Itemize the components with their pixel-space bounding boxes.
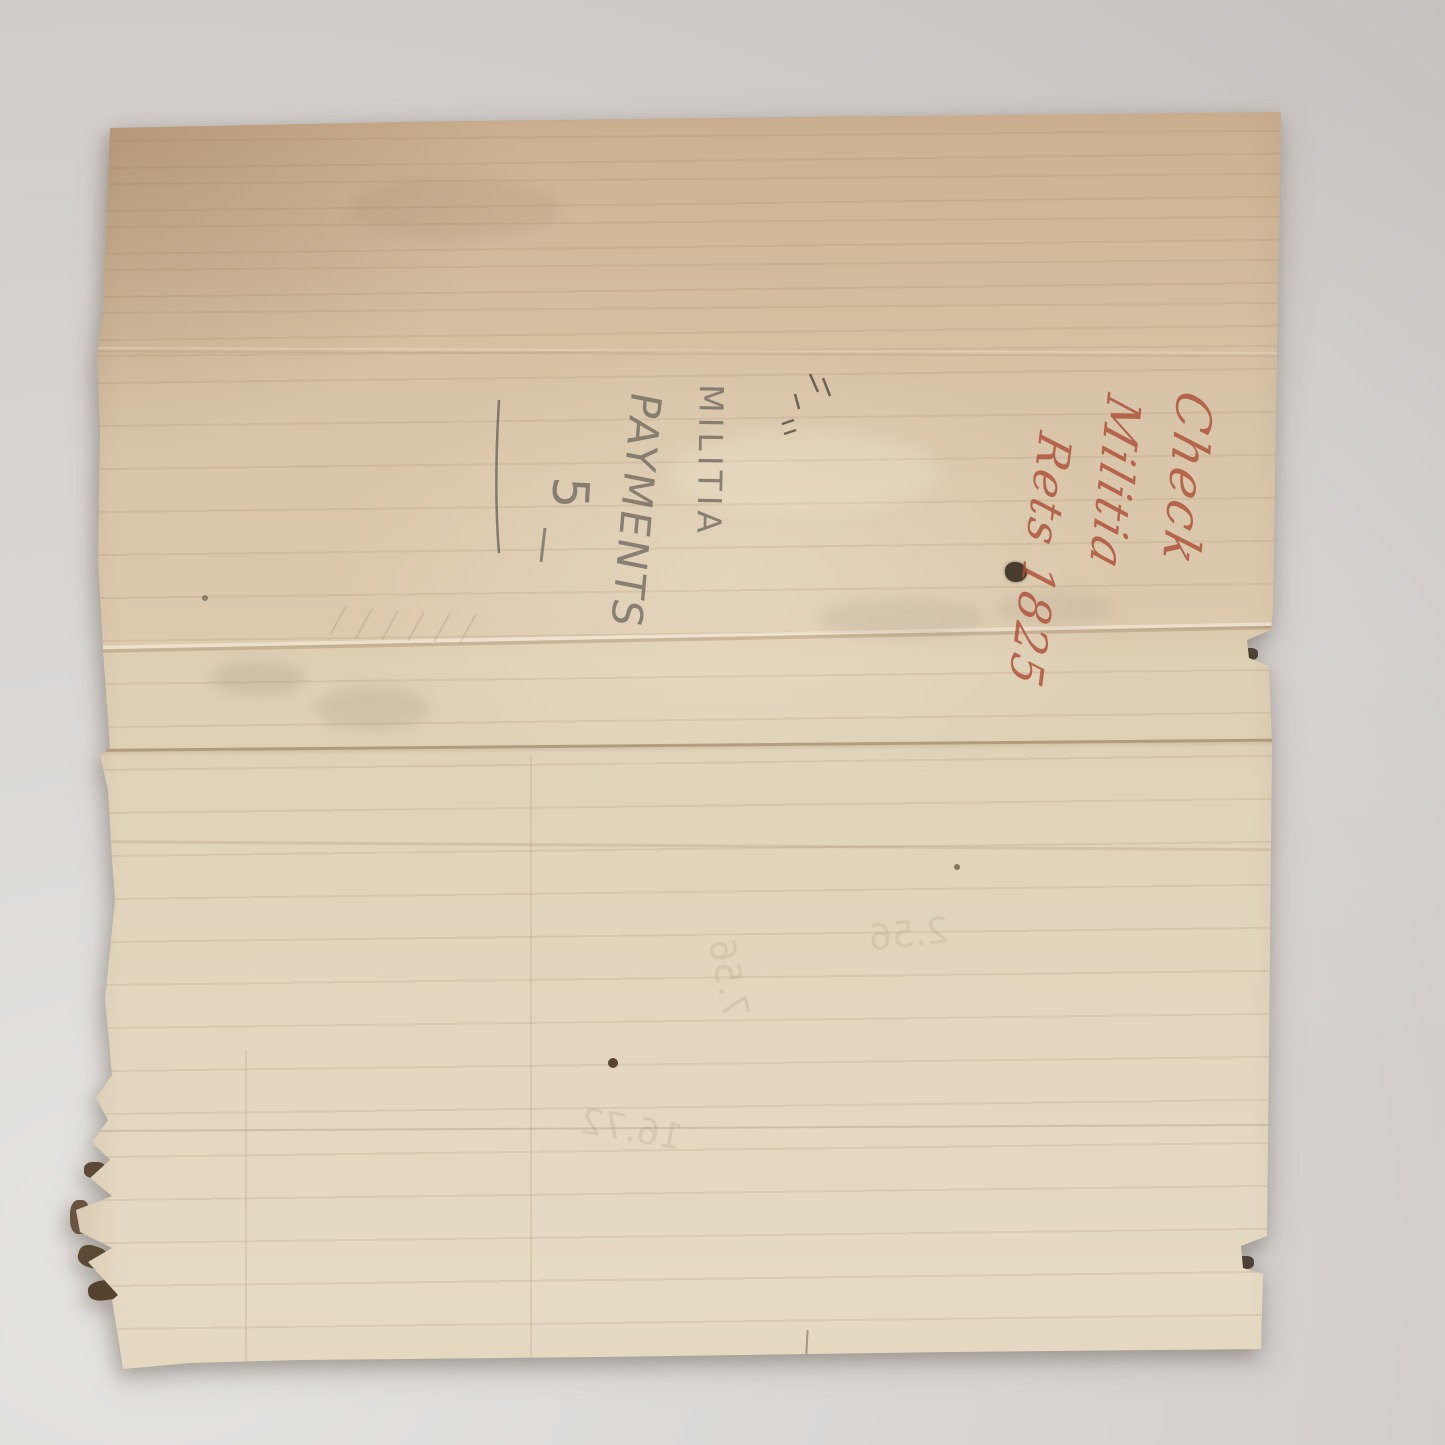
stain-2 xyxy=(315,685,430,731)
vertical-crease-2 xyxy=(245,1050,247,1370)
ruled-lines-top-panel xyxy=(35,88,1325,367)
paper-sheet xyxy=(60,100,1300,1390)
vertical-crease-1 xyxy=(530,755,532,1367)
document-paper xyxy=(60,100,1300,1390)
stain-4 xyxy=(995,592,1115,624)
stain-1 xyxy=(210,660,305,696)
photo-canvas: Check Militia Rets 1825 MILITIA PAYMENTS… xyxy=(0,0,1445,1445)
worm-hole xyxy=(1005,562,1027,582)
light-patch xyxy=(670,430,940,515)
stain-3 xyxy=(820,598,985,638)
stain-5 xyxy=(350,178,560,240)
